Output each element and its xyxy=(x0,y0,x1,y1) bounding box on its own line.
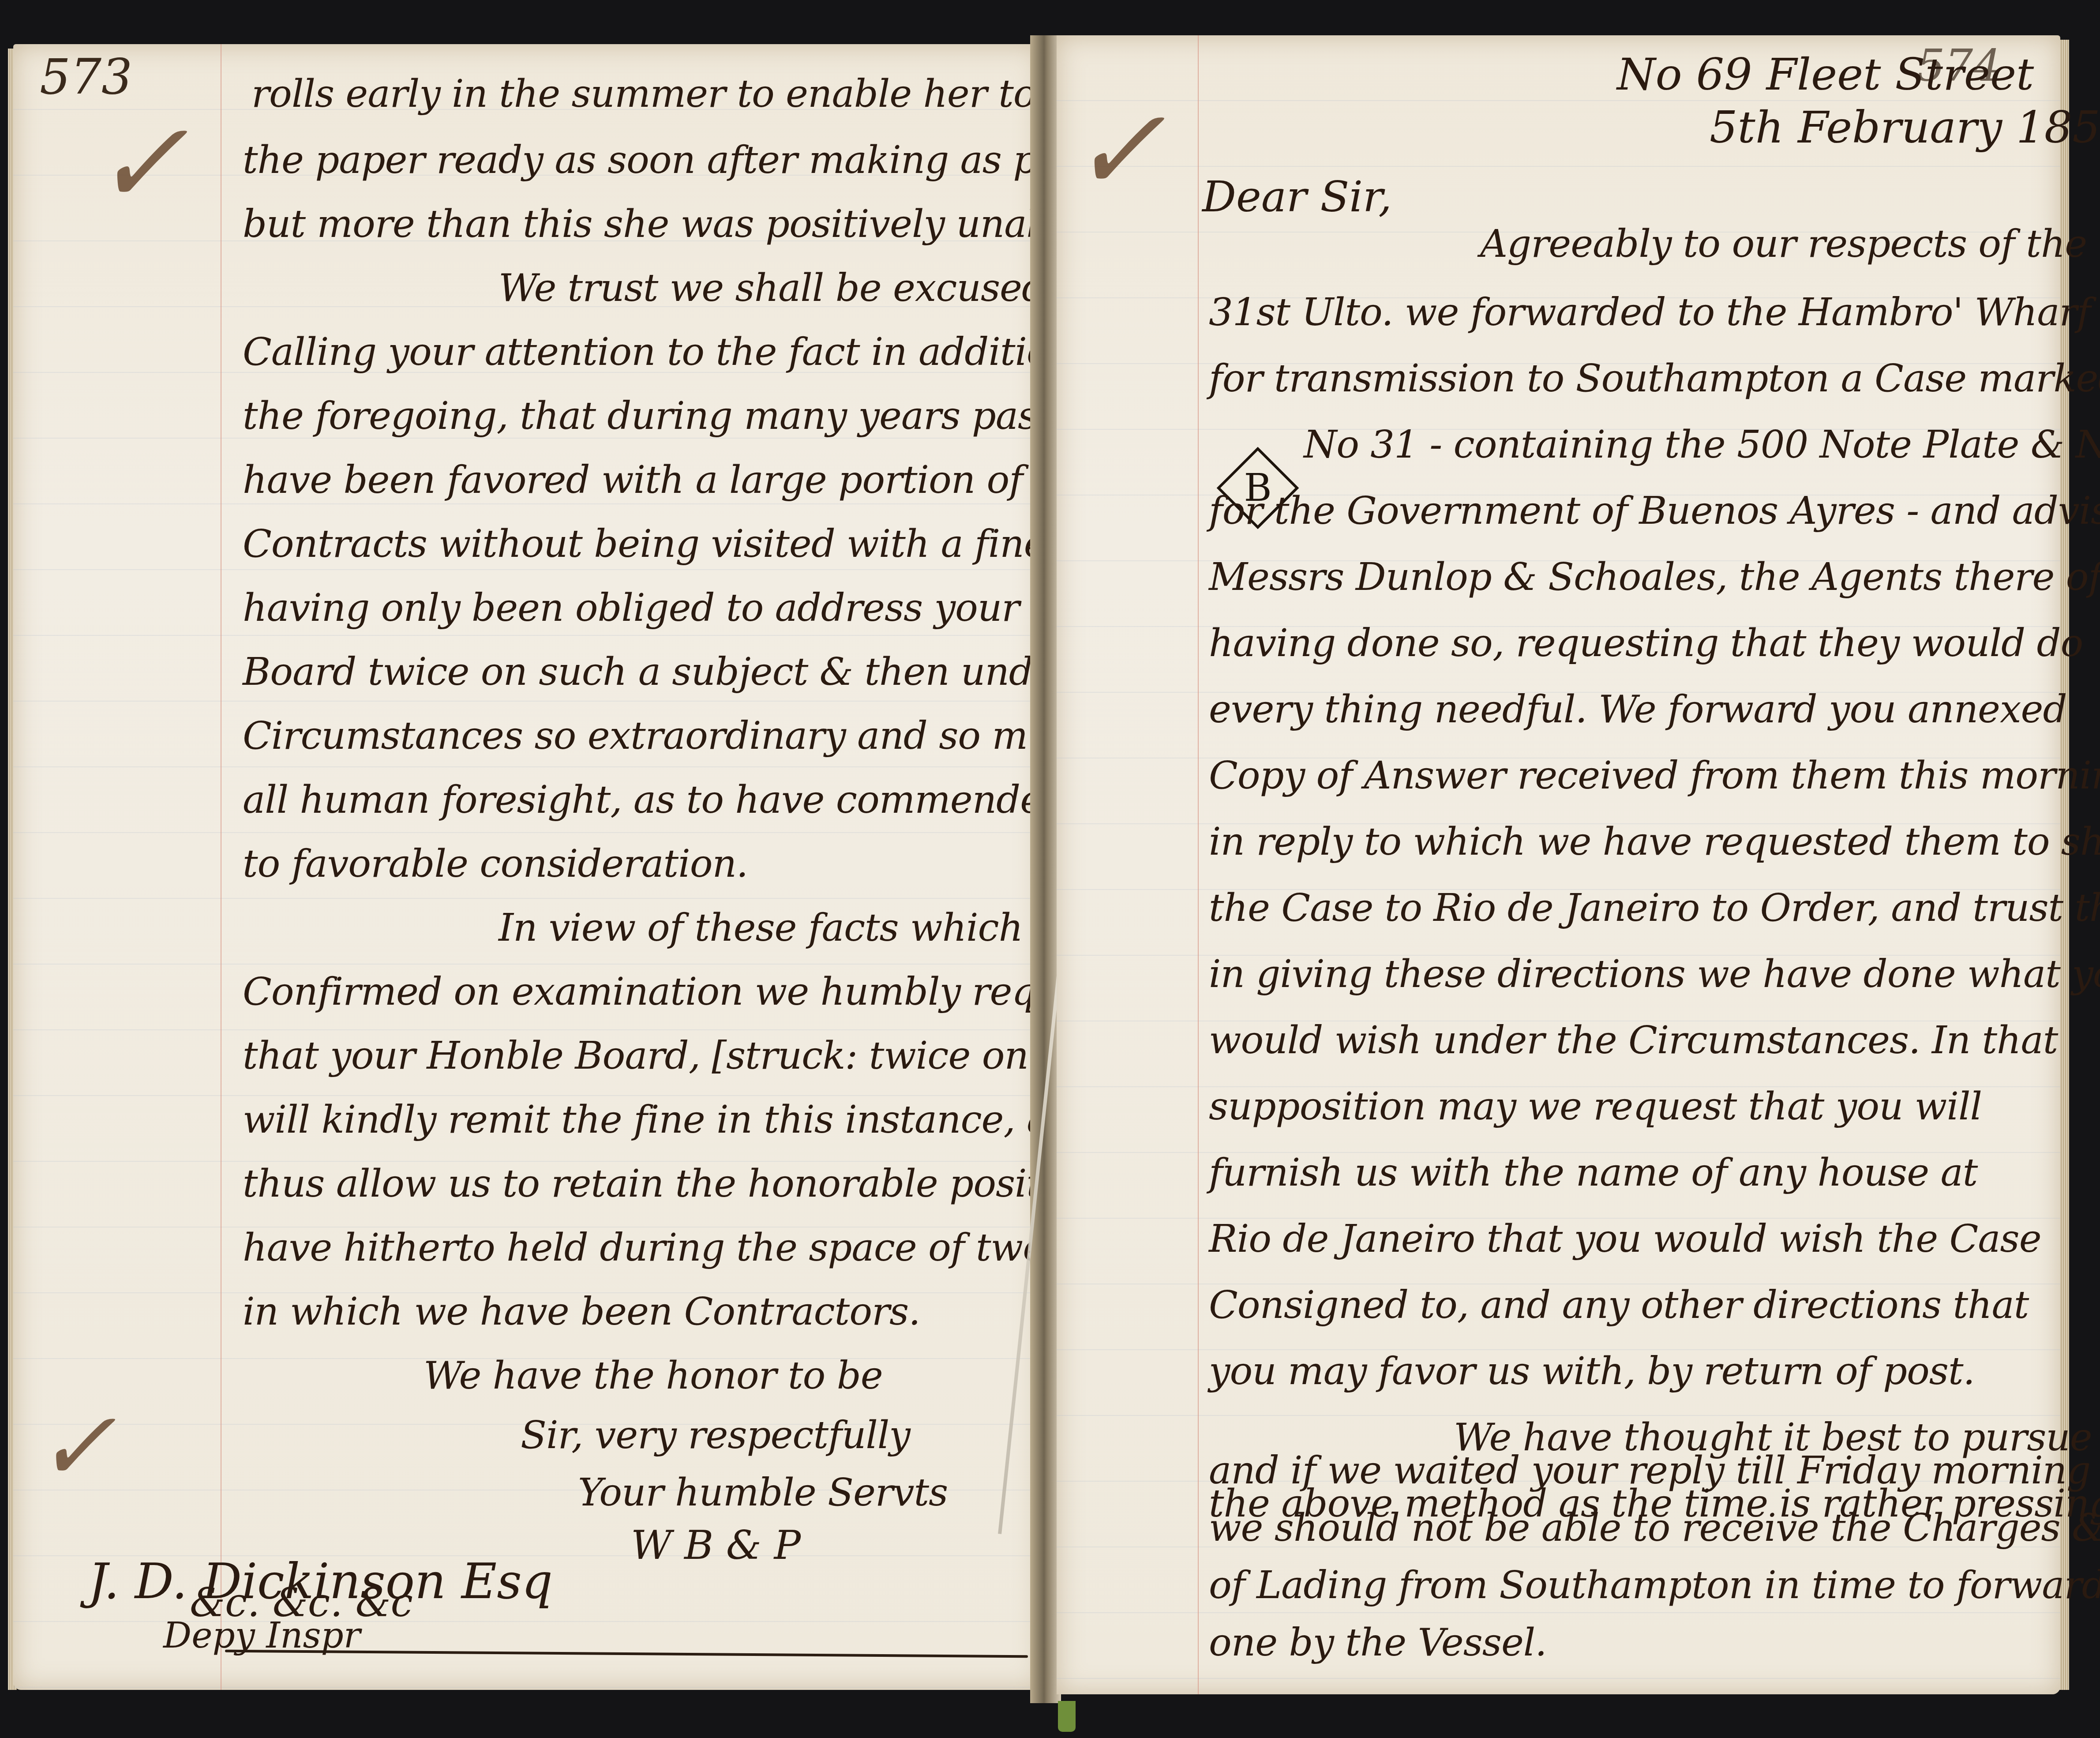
text-line: Copy of Answer received from them this m… xyxy=(1209,757,2100,795)
bookmark-ribbon xyxy=(1058,1701,1076,1732)
folio-number: 573 xyxy=(40,49,132,105)
text-line: of Lading from Southampton in time to fo… xyxy=(1209,1566,2100,1604)
text-line: will kindly remit the fine in this insta… xyxy=(243,1101,1097,1139)
text-line: having done so, requesting that they wou… xyxy=(1209,624,2083,662)
text-line: Consigned to, and any other directions t… xyxy=(1209,1286,2029,1324)
text-line: for the Government of Buenos Ayres - and… xyxy=(1209,492,2100,530)
text-line: the foregoing, that during many years pa… xyxy=(243,397,1117,435)
closing-line: We have the honor to be xyxy=(424,1357,883,1395)
text-line: supposition may we request that you will xyxy=(1209,1088,1982,1126)
check-mark-icon: ✓ xyxy=(93,97,189,230)
text-line: thus allow us to retain the honorable po… xyxy=(243,1165,1165,1203)
text-line: Calling your attention to the fact in ad… xyxy=(243,333,1122,371)
text-line: rolls early in the summer to enable her … xyxy=(251,75,1108,113)
text-line: the Case to Rio de Janeiro to Order, and… xyxy=(1209,889,2100,927)
margin-rule xyxy=(1198,35,1199,1694)
text-line: for transmission to Southampton a Case m… xyxy=(1209,360,2100,398)
text-line: and if we waited your reply till Friday … xyxy=(1209,1452,2090,1490)
addressee-etc: &c. &c. &c xyxy=(190,1580,413,1626)
text-line: would wish under the Circumstances. In t… xyxy=(1209,1021,2058,1059)
signature: W B & P xyxy=(631,1522,801,1569)
right-page: 574 ✓ No 69 Fleet Street 5th February 18… xyxy=(1057,35,2060,1694)
sender-address: No 69 Fleet Street xyxy=(1617,49,2034,100)
closing-line: Your humble Servts xyxy=(578,1474,948,1512)
text-line: Board twice on such a subject & then und… xyxy=(243,653,1072,691)
text-line: one by the Vessel. xyxy=(1209,1624,1547,1662)
text-line: to favorable consideration. xyxy=(243,845,748,883)
text-line: No 31 - containing the 500 Note Plate & … xyxy=(1304,426,2100,464)
margin-rule xyxy=(221,44,221,1690)
text-line: Messrs Dunlop & Schoales, the Agents the… xyxy=(1209,558,2100,596)
text-line: in which we have been Contractors. xyxy=(243,1293,920,1331)
text-line: furnish us with the name of any house at xyxy=(1209,1154,1977,1192)
check-mark-icon: ✓ xyxy=(1070,84,1166,217)
text-line: every thing needful. We forward you anne… xyxy=(1209,691,2066,728)
letter-date: 5th February 1851 xyxy=(1710,101,2100,153)
text-line: Contracts without being visited with a f… xyxy=(243,525,1102,563)
text-line: 31st Ulto. we forwarded to the Hambro' W… xyxy=(1209,293,2090,331)
left-page: 573 ✓ ✓ rolls early in the summer to ena… xyxy=(13,44,1041,1690)
text-line: We trust we shall be excused for xyxy=(499,269,1111,307)
text-line: in reply to which we have requested them… xyxy=(1209,823,2100,861)
ledger-book-spread: 573 ✓ ✓ rolls early in the summer to ena… xyxy=(0,0,2100,1738)
text-line: Agreeably to our respects of the xyxy=(1480,225,2087,263)
salutation: Dear Sir, xyxy=(1202,172,1392,221)
text-line: Confirmed on examination we humbly reque… xyxy=(243,973,1115,1011)
text-line: you may favor us with, by return of post… xyxy=(1209,1352,1975,1390)
text-line: having only been obliged to address your… xyxy=(243,589,1167,627)
closing-line: Sir, very respectfully xyxy=(521,1416,910,1454)
text-line: the paper ready as soon after making as … xyxy=(243,141,1166,179)
check-mark-icon: ✓ xyxy=(35,1390,116,1503)
text-line: in giving these directions we have done … xyxy=(1209,955,2100,993)
text-line: Rio de Janeiro that you would wish the C… xyxy=(1209,1220,2041,1258)
text-line: we should not be able to receive the Cha… xyxy=(1209,1509,2100,1547)
text-line: have been favored with a large portion o… xyxy=(243,461,1119,499)
